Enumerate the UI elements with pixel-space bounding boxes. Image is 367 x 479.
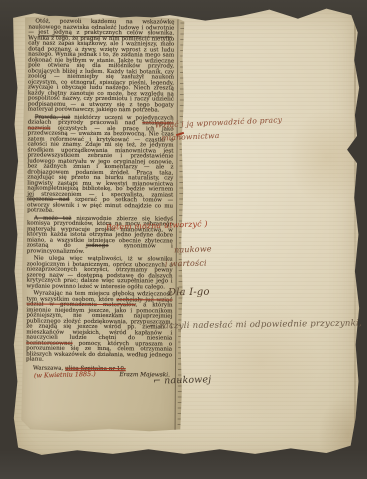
handwritten-note-dla-igo: Dla I-go [168,287,210,299]
annotated-text-segment: jednego [86,243,109,249]
text-segment: ojczystych — ale pracę ich jako przedwcz… [27,125,173,198]
text-segment: Nie ulega więc wątpliwości, iż w słownik… [27,256,173,290]
clipping-paragraph: Otóż, pozwoli każdemu na wskazówkę nauko… [28,19,175,114]
clipping-paragraph: Nie ulega więc wątpliwości, iż w słownik… [27,256,173,290]
signature-author-line: (w Kwietniu 1885.)Erazm Majewski. [26,372,172,379]
handwritten-note-naukowej: ⌐ naukowej [153,374,212,387]
paper-crease [354,19,356,449]
paper-stain [202,297,320,425]
text-segment: . Wynika z tego, że pragnę w nim pomieśc… [28,30,175,113]
handwritten-date: (w Kwietniu 1885.) [34,372,96,379]
handwritten-note-wziac: Wziąć i ją wprowadzić do pracy mianownic… [154,113,283,145]
note-line: Potem można [106,221,162,232]
handwritten-note-naukowe: naukowe [174,244,212,254]
note-line: utworzyć ) [164,219,208,230]
photo-backdrop: Otóż, pozwoli każdemu na wskazówkę nauko… [0,0,367,479]
handwritten-note-wartosci: i wartości [165,259,207,269]
paper-stain [318,395,367,475]
clipping-paragraph: Prawda, już niektórzy uczeni w pojedyncz… [27,115,174,215]
